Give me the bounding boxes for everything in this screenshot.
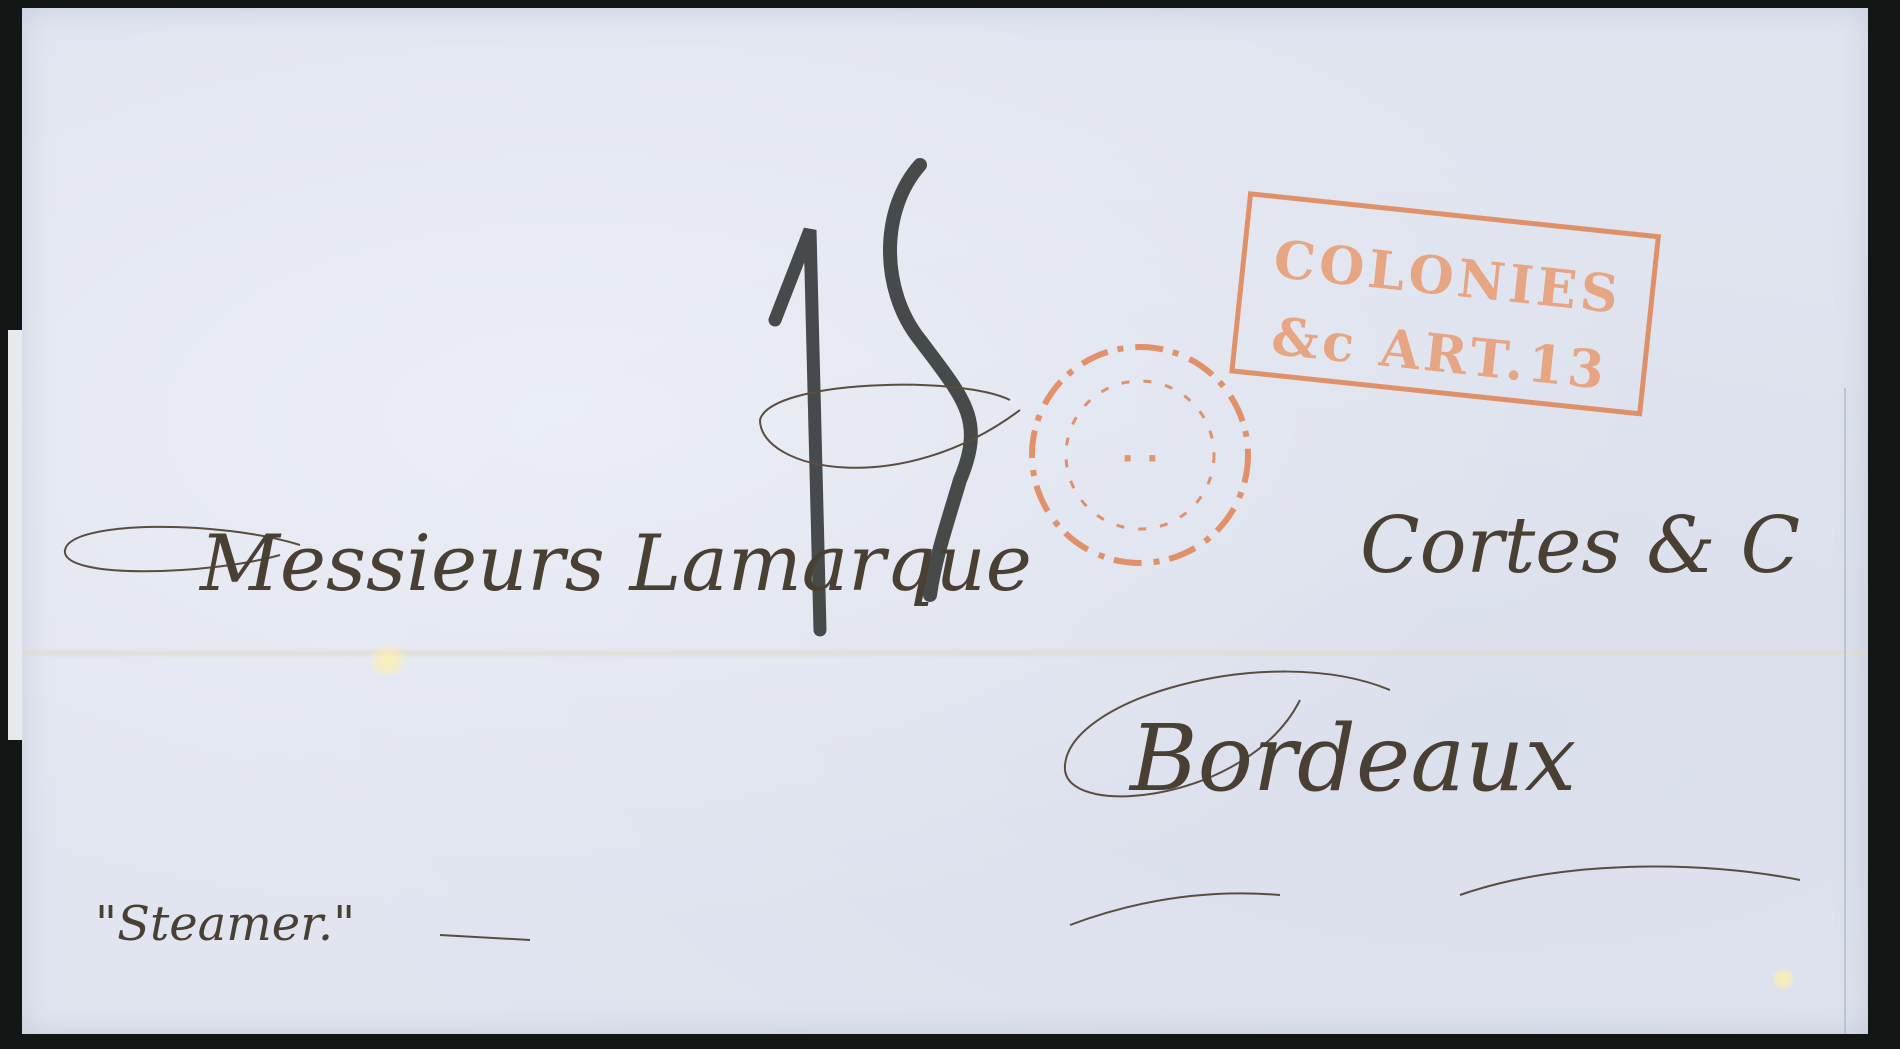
address-flourish [1460,866,1800,895]
address-line-2: Cortes & C [1360,501,1800,591]
datestamp-center: · · [1121,439,1159,479]
colonies-art13-handstamp: COLONIES &c ART.13 [1232,194,1658,414]
endorsement-underline [440,935,530,940]
address-line-3: Bordeaux [1128,705,1576,812]
steamer-endorsement: "Steamer." [95,896,355,952]
address-flourish [1070,893,1280,925]
handstamp-line-2: &c ART.13 [1269,306,1611,402]
circular-datestamp: · · [1032,347,1248,563]
address-flourish [760,385,1020,468]
markings-layer: COLONIES &c ART.13 · · 15 Messieurs Lama… [0,0,1900,1049]
address-line-1: Messieurs Lamarque [198,519,1032,609]
